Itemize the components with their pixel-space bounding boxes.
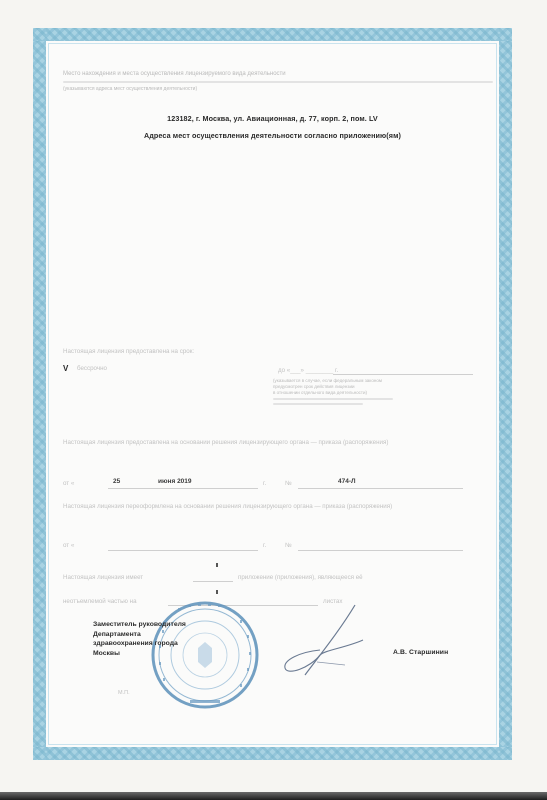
faint-text-line <box>273 398 393 400</box>
decision-2-year-suffix: г. <box>263 542 266 549</box>
term-note-line: в отношении отдельного вида деятельности… <box>273 390 413 396</box>
appendix-count-underline <box>193 581 233 582</box>
decision-1-date-underline <box>108 488 258 489</box>
decision-1-year-suffix: г. <box>263 480 266 487</box>
licence-term-value: бессрочно <box>77 365 107 372</box>
decision-1-number-label: № <box>285 480 292 487</box>
faint-text-line <box>273 403 363 405</box>
signer-name: А.В. Старшинин <box>393 649 448 656</box>
signer-position-line: Департамента <box>93 630 186 640</box>
header-small-text-line-1: Место нахождения и места осуществления л… <box>63 71 286 77</box>
check-mark-icon: V <box>63 364 68 373</box>
signer-position-line: здравоохранения города <box>93 639 186 649</box>
decision-2-number-underline <box>298 550 463 551</box>
address-caption: Адреса мест осуществления деятельности с… <box>33 131 512 140</box>
signer-position-line: Москвы <box>93 649 186 659</box>
decision-2-number-label: № <box>285 542 292 549</box>
until-date-underline <box>333 374 473 375</box>
decision-1-number-underline <box>298 488 463 489</box>
address-line: 123182, г. Москва, ул. Авиационная, д. 7… <box>33 114 512 123</box>
appendix-note-text-1: Настоящая лицензия имеет <box>63 574 143 581</box>
decision-2-from-label: от « <box>63 542 74 549</box>
until-date-label: до «___» ________ г. <box>278 367 338 374</box>
signer-position: Заместитель руководителя Департамента зд… <box>93 620 186 658</box>
stray-mark <box>216 563 218 567</box>
stamp-placeholder-label: М.П. <box>118 690 130 696</box>
signer-position-line: Заместитель руководителя <box>93 620 186 630</box>
stray-mark <box>216 590 218 594</box>
decision-1-day: 25 <box>113 478 120 485</box>
term-small-note: (указывается в случае, если федеральным … <box>273 378 413 405</box>
decision-1-from-label: от « <box>63 480 74 487</box>
appendix-note-text-3: неотъемлемой частью на <box>63 598 137 605</box>
handwritten-signature <box>275 600 370 680</box>
appendix-note-text-2: приложение (приложения), являющееся её <box>238 574 363 581</box>
decision-2-label: Настоящая лицензия переоформлена на осно… <box>63 502 483 512</box>
header-small-text: Место нахождения и места осуществления л… <box>63 70 493 78</box>
decision-1-label: Настоящая лицензия предоставлена на осно… <box>63 438 483 448</box>
scan-edge-shadow <box>0 792 547 800</box>
decision-2-date-underline <box>108 550 258 551</box>
licence-term-label: Настоящая лицензия предоставлена на срок… <box>63 348 194 355</box>
header-small-caption: (указываются адреса мест осуществления д… <box>63 85 303 93</box>
decision-1-number: 474-Л <box>338 478 356 485</box>
decision-1-month-year: июня 2019 <box>158 478 192 485</box>
faint-text-line <box>63 81 493 83</box>
